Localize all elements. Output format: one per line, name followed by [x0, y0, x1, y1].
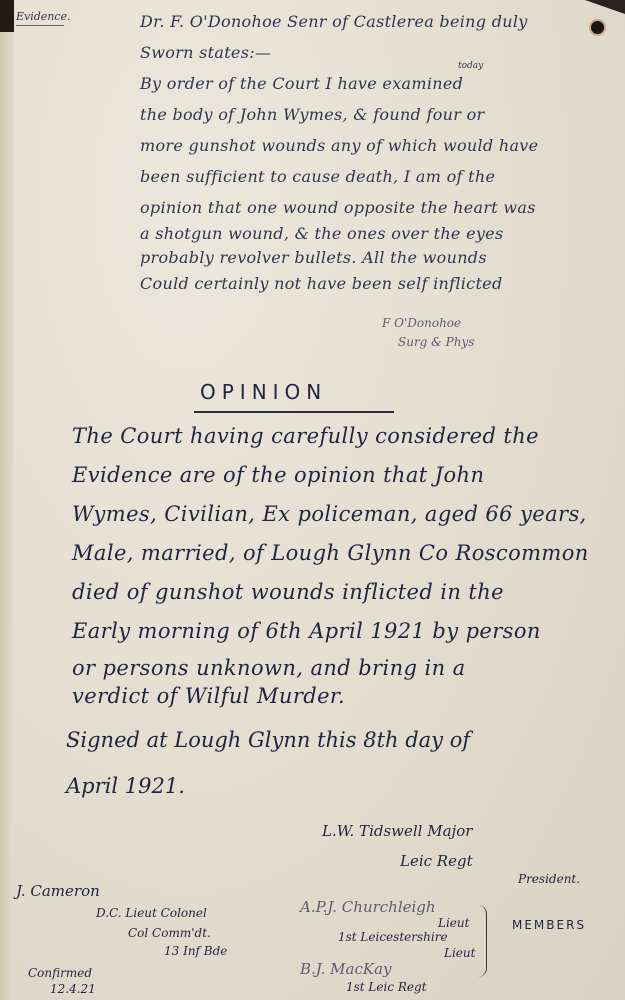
confirmed-date: 12.4.21 [50, 982, 96, 996]
opinion-line-2: Evidence are of the opinion that John [72, 463, 484, 487]
opinion-line-8: verdict of Wilful Murder. [72, 684, 345, 708]
confirming-signature: J. Cameron [16, 882, 100, 900]
confirming-title-3: 13 Inf Bde [164, 944, 227, 958]
opinion-underline [194, 411, 394, 413]
opinion-line-4: Male, married, of Lough Glynn Co Roscomm… [72, 541, 589, 565]
witness-signature: F O'Donohoe [382, 316, 461, 330]
signed-line-2: April 1921. [66, 774, 185, 798]
signed-line-1: Signed at Lough Glynn this 8th day of [66, 728, 470, 752]
opinion-line-6: Early morning of 6th April 1921 by perso… [72, 619, 541, 643]
member2-regiment: 1st Leic Regt [346, 980, 427, 994]
member2-rank: Lieut [444, 946, 475, 960]
testimony-line-3: more gunshot wounds any of which would h… [140, 136, 538, 155]
members-brace [478, 905, 487, 977]
president-regiment: Leic Regt [400, 852, 473, 870]
sworn-line: Sworn states:— [140, 43, 271, 62]
member1-rank: Lieut [438, 916, 469, 930]
opinion-line-3: Wymes, Civilian, Ex policeman, aged 66 y… [72, 502, 587, 526]
witness-header: Dr. F. O'Donohoe Senr of Castlerea being… [140, 12, 528, 31]
testimony-line-4: been sufficient to cause death, I am of … [140, 167, 495, 186]
president-signature: L.W. Tidswell Major [322, 822, 472, 840]
testimony-line-8: Could certainly not have been self infli… [140, 274, 502, 293]
testimony-line-6: a shotgun wound, & the ones over the eye… [140, 224, 503, 243]
members-label: MEMBERS [512, 918, 586, 932]
witness-signature-title: Surg & Phys [398, 335, 474, 349]
testimony-line-2: the body of John Wymes, & found four or [140, 105, 484, 124]
testimony-line-7: probably revolver bullets. All the wound… [140, 248, 487, 267]
testimony-line-1: By order of the Court I have examined [140, 74, 463, 93]
member2-signature: B.J. MacKay [300, 960, 392, 978]
document-page: Evidence. Dr. F. O'Donohoe Senr of Castl… [0, 0, 625, 1000]
president-role: President. [518, 872, 580, 886]
insertion-today: today [458, 61, 483, 71]
confirming-title-2: Col Comm'dt. [128, 926, 211, 940]
opinion-line-5: died of gunshot wounds inflicted in the [72, 580, 504, 604]
margin-label: Evidence. [16, 10, 64, 26]
member1-signature: A.P.J. Churchleigh [300, 898, 436, 916]
opinion-line-1: The Court having carefully considered th… [72, 424, 539, 448]
member1-regiment: 1st Leicestershire [338, 930, 448, 944]
torn-corner [0, 0, 14, 32]
opinion-heading: OPINION [200, 380, 327, 404]
opinion-line-7: or persons unknown, and bring in a [72, 656, 466, 680]
torn-corner-right [585, 0, 625, 14]
testimony-line-5: opinion that one wound opposite the hear… [140, 198, 536, 217]
confirming-title-1: D.C. Lieut Colonel [96, 906, 207, 920]
punch-hole [591, 21, 604, 34]
confirmed-note: Confirmed [28, 966, 92, 980]
